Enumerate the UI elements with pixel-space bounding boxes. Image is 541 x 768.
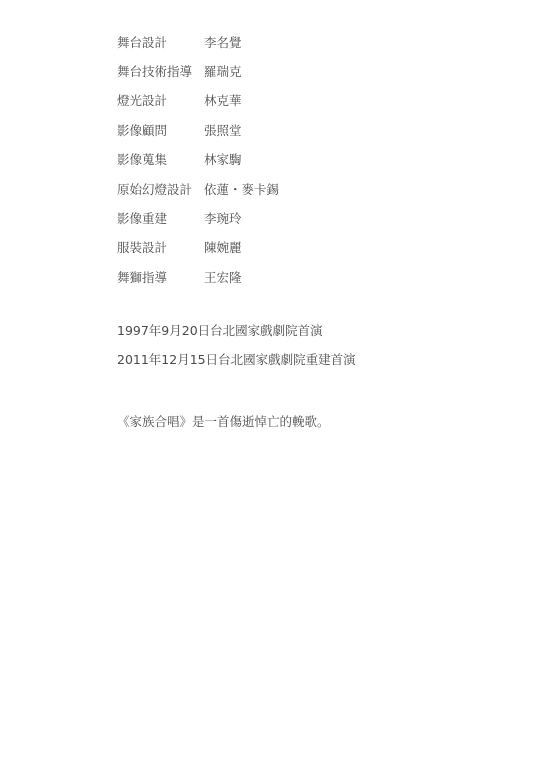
credit-role: 影像重建: [117, 209, 204, 227]
credit-row: 服裝設計 陳婉麗: [117, 233, 279, 262]
premiere-2011: 2011年12月15日台北國家戲劇院重建首演: [117, 350, 356, 368]
credit-name: 李琬玲: [204, 209, 242, 227]
credit-name: 陳婉麗: [204, 238, 242, 256]
premiere-1997: 1997年9月20日台北國家戲劇院首演: [117, 321, 323, 339]
credit-role: 影像顧問: [117, 121, 204, 139]
credit-row: 燈光設計 林克華: [117, 86, 279, 115]
credit-role: 服裝設計: [117, 238, 204, 256]
credit-name: 依蓮・麥卡錫: [204, 180, 279, 198]
credit-row: 舞台設計 李名覺: [117, 27, 279, 56]
credit-row: 影像顧問 張照堂: [117, 115, 279, 144]
credits-list: 舞台設計 李名覺 舞台技術指導 羅瑞克 燈光設計 林克華 影像顧問 張照堂 影像…: [117, 27, 279, 292]
credit-role: 燈光設計: [117, 91, 204, 109]
credit-row: 影像重建 李琬玲: [117, 203, 279, 232]
credit-row: 原始幻燈設計 依蓮・麥卡錫: [117, 174, 279, 203]
credit-row: 舞獅指導 王宏隆: [117, 262, 279, 291]
credit-name: 林家騊: [204, 150, 242, 168]
credit-role: 原始幻燈設計: [117, 180, 204, 198]
credit-row: 舞台技術指導 羅瑞克: [117, 56, 279, 85]
description-text: 《家族合唱》是一首傷逝悼亡的輓歌。: [117, 412, 330, 430]
credit-name: 張照堂: [204, 121, 242, 139]
credit-role: 舞台技術指導: [117, 62, 204, 80]
credit-name: 李名覺: [204, 33, 242, 51]
credit-role: 影像蒐集: [117, 150, 204, 168]
credit-row: 影像蒐集 林家騊: [117, 145, 279, 174]
credit-role: 舞台設計: [117, 33, 204, 51]
credit-role: 舞獅指導: [117, 268, 204, 286]
credit-name: 林克華: [204, 91, 242, 109]
credit-name: 王宏隆: [204, 268, 242, 286]
credit-name: 羅瑞克: [204, 62, 242, 80]
